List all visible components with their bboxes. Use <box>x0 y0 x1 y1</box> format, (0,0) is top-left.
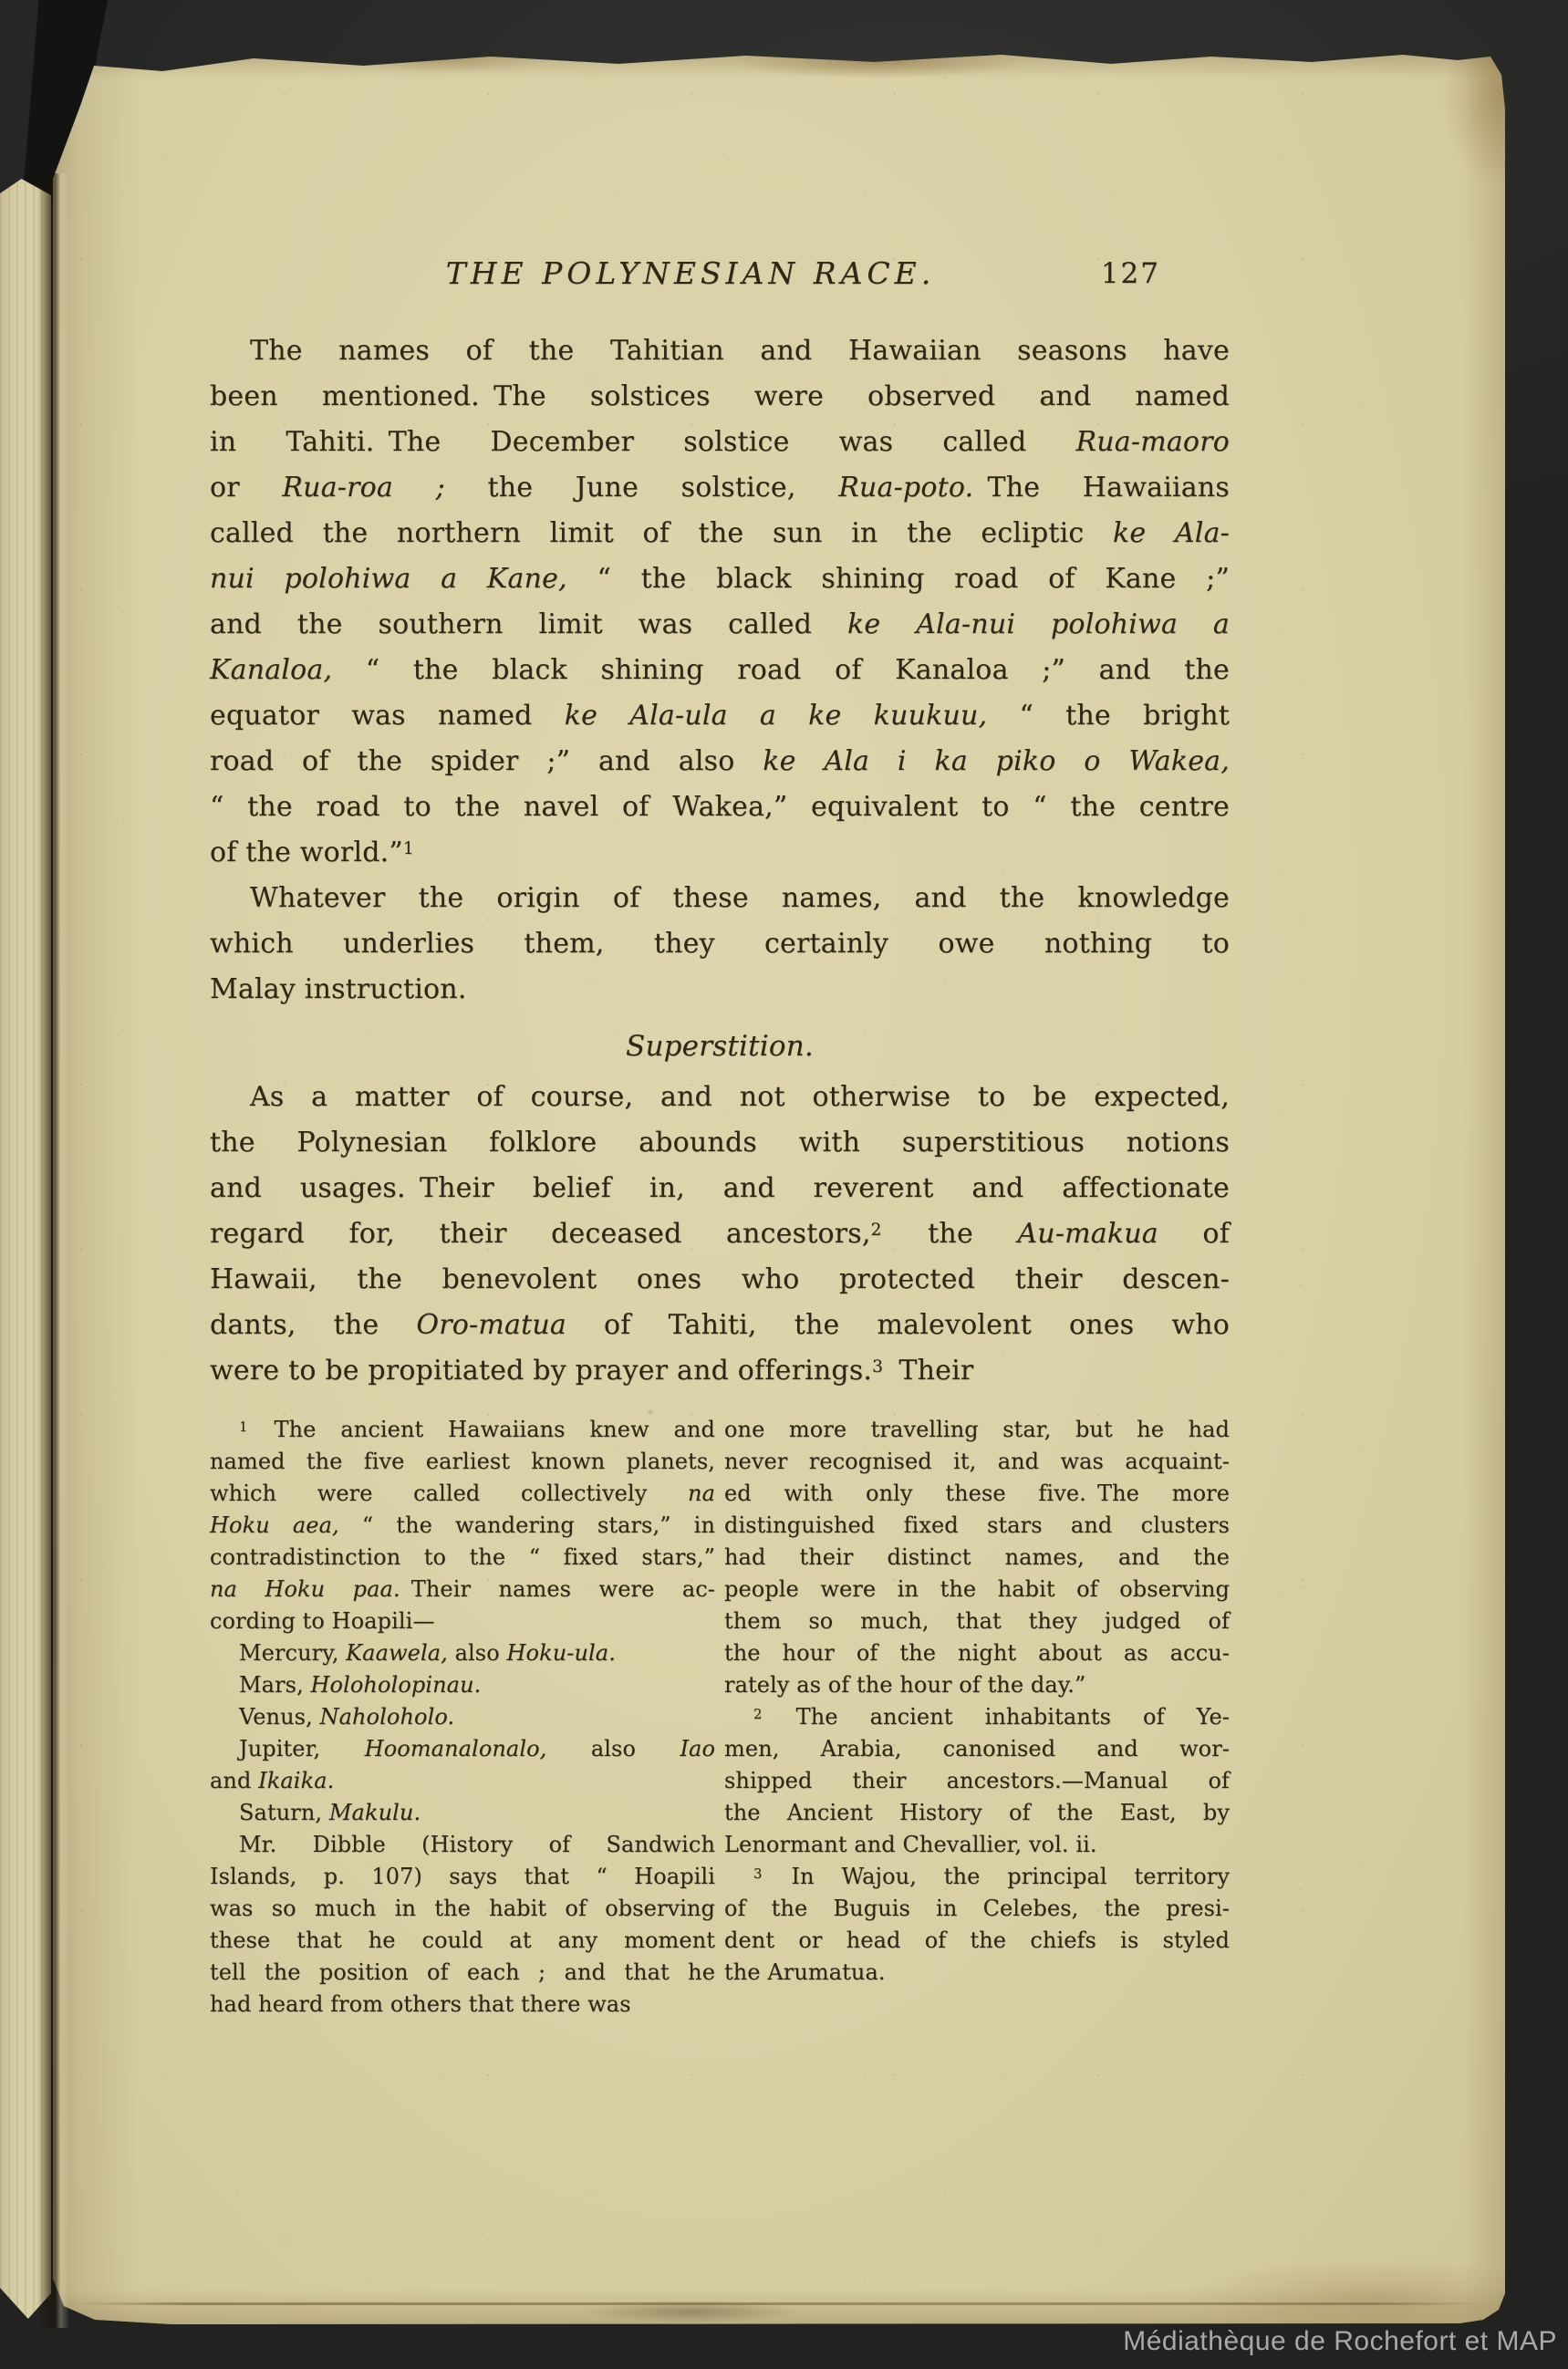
text-line: road of the spider ;” and also ke Ala i … <box>210 739 1230 784</box>
italic-run: Kaawela, <box>346 1640 448 1666</box>
text-line: 3 In Wajou, the principal territory <box>724 1861 1230 1893</box>
text-line: called the northern limit of the sun in … <box>210 511 1230 556</box>
text-line: were to be propitiated by prayer and off… <box>210 1348 1230 1394</box>
text-line: Saturn, Makulu. <box>210 1797 715 1829</box>
text-line: shipped their ancestors.—Manual of <box>724 1765 1230 1797</box>
text-line: named the five earliest known planets, <box>210 1446 715 1478</box>
paragraph: Mars, Holoholopinau. <box>210 1669 715 1701</box>
text-line: one more travelling star, but he had <box>724 1414 1230 1446</box>
page-title: THE POLYNESIAN RACE. <box>181 254 1200 294</box>
text-line: never recognised it, and was acquaint- <box>724 1446 1230 1478</box>
text-line: people were in the habit of observing <box>724 1574 1230 1605</box>
text-line: had their distinct names, and the <box>724 1542 1230 1574</box>
text-line: the Polynesian folklore abounds with sup… <box>210 1120 1230 1166</box>
italic-run: Hoku-ula. <box>506 1640 615 1666</box>
text-line: contradistinction to the “ fixed stars,” <box>210 1542 715 1574</box>
page-stack-edge <box>0 179 51 2324</box>
text-line: and Ikaika. <box>210 1765 715 1797</box>
section-heading: Superstition. <box>210 1023 1230 1069</box>
page-content: THE POLYNESIAN RACE. 127 The names of th… <box>210 254 1230 2021</box>
text-line: Hoku aea, “ the wandering stars,” in <box>210 1510 715 1542</box>
italic-run: ke Ala- <box>1113 517 1230 549</box>
text-line: Malay instruction. <box>210 967 1230 1013</box>
italic-run: Holoholopinau. <box>311 1672 482 1698</box>
text-line: ed with only these five. The more <box>724 1478 1230 1510</box>
italic-run: Rua-maoro <box>1075 426 1230 458</box>
paragraph: Jupiter, Hoomanalonalo, also Iaoand Ikai… <box>210 1733 715 1797</box>
paragraph: Mercury, Kaawela, also Hoku-ula. <box>210 1637 715 1669</box>
text-line: cording to Hoapili— <box>210 1605 715 1637</box>
text-line: and usages. Their belief in, and reveren… <box>210 1166 1230 1211</box>
text-line: The names of the Tahitian and Hawaiian s… <box>210 328 1230 374</box>
text-line: Mr. Dibble (History of Sandwich <box>210 1829 715 1861</box>
text-line: men, Arabia, canonised and wor- <box>724 1733 1230 1765</box>
text-line: which were called collectively na <box>210 1478 715 1510</box>
text-line: Kanaloa, “ the black shining road of Kan… <box>210 648 1230 693</box>
text-line: the hour of the night about as accu- <box>724 1637 1230 1669</box>
scan-photo: THE POLYNESIAN RACE. 127 The names of th… <box>0 0 1568 2369</box>
footnote-marker: 3 <box>753 1865 763 1882</box>
text-line: the Ancient History of the East, by <box>724 1797 1230 1829</box>
italic-run: na Hoku paa. <box>210 1576 400 1602</box>
footnote-marker: 2 <box>753 1706 763 1722</box>
paragraph: 2 The ancient inhabitants of Ye-men, Ara… <box>724 1701 1230 1861</box>
paragraph-seasons: The names of the Tahitian and Hawaiian s… <box>210 328 1230 876</box>
library-watermark: Médiathèque de Rochefort et MAP <box>1123 2326 1557 2357</box>
text-line: As a matter of course, and not otherwise… <box>210 1075 1230 1120</box>
text-line: was so much in the habit of observing <box>210 1893 715 1925</box>
italic-run: na <box>688 1481 715 1506</box>
text-line: dants, the Oro-matua of Tahiti, the male… <box>210 1303 1230 1348</box>
text-line: them so much, that they judged of <box>724 1605 1230 1637</box>
paragraph: one more travelling star, but he hadneve… <box>724 1414 1230 1701</box>
text-line: “ the road to the navel of Wakea,” equiv… <box>210 784 1230 830</box>
italic-run: Ikaika. <box>258 1768 334 1793</box>
page-bottom-edge-line <box>75 2302 1483 2305</box>
paragraph: Venus, Naholoholo. <box>210 1701 715 1733</box>
footnote-marker: 3 <box>872 1357 883 1377</box>
italic-run: Rua-roa ; <box>282 472 445 504</box>
paragraph-origin: Whatever the origin of these names, and … <box>210 876 1230 1013</box>
text-line: Jupiter, Hoomanalonalo, also Iao <box>210 1733 715 1765</box>
running-header: THE POLYNESIAN RACE. 127 <box>210 254 1230 294</box>
text-line: of the world.”1 <box>210 830 1230 876</box>
text-line: Hawaii, the benevolent ones who protecte… <box>210 1257 1230 1303</box>
italic-run: Au-makua <box>1017 1218 1158 1250</box>
footnote-marker: 1 <box>403 839 414 858</box>
italic-run: ke Ala-ula a ke kuukuu, <box>565 700 988 732</box>
text-line: regard for, their deceased ancestors,2 t… <box>210 1211 1230 1257</box>
text-line: and the southern limit was called ke Ala… <box>210 602 1230 648</box>
text-line: had heard from others that there was <box>210 1989 715 2021</box>
paragraph: 1 The ancient Hawaiians knew andnamed th… <box>210 1414 715 1637</box>
text-line: of the Buguis in Celebes, the presi- <box>724 1893 1230 1925</box>
text-line: 2 The ancient inhabitants of Ye- <box>724 1701 1230 1733</box>
text-line: Mars, Holoholopinau. <box>210 1669 715 1701</box>
text-line: nui polohiwa a Kane, “ the black shining… <box>210 556 1230 602</box>
text-line: Lenormant and Chevallier, vol. ii. <box>724 1829 1230 1861</box>
italic-run: ke Ala-nui polohiwa a <box>847 608 1230 640</box>
text-line: tell the position of each ; and that he <box>210 1957 715 1989</box>
text-line: the Arumatua. <box>724 1957 1230 1989</box>
text-line: Whatever the origin of these names, and … <box>210 876 1230 921</box>
footnote-marker: 1 <box>239 1418 248 1435</box>
italic-run: Kanaloa, <box>210 654 332 686</box>
footnote-column-right: one more travelling star, but he hadneve… <box>724 1414 1230 2021</box>
paragraph: Mr. Dibble (History of SandwichIslands, … <box>210 1829 715 2021</box>
italic-run: Hoku aea, <box>210 1512 339 1538</box>
text-line: Mercury, Kaawela, also Hoku-ula. <box>210 1637 715 1669</box>
paragraph: 3 In Wajou, the principal territoryof th… <box>724 1861 1230 1989</box>
italic-run: ke Ala i ka piko o Wakea, <box>763 745 1230 777</box>
italic-run: Iao <box>680 1736 715 1761</box>
text-line: dent or head of the chiefs is styled <box>724 1925 1230 1957</box>
italic-run: Makulu. <box>329 1800 421 1825</box>
text-line: Islands, p. 107) says that “ Hoapili <box>210 1861 715 1893</box>
text-line: or Rua-roa ; the June solstice, Rua-poto… <box>210 465 1230 511</box>
text-line: distinguished fixed stars and clusters <box>724 1510 1230 1542</box>
text-line: in Tahiti. The December solstice was cal… <box>210 420 1230 465</box>
text-line: na Hoku paa. Their names were ac- <box>210 1574 715 1605</box>
book-page: THE POLYNESIAN RACE. 127 The names of th… <box>53 51 1505 2324</box>
text-line: rately as of the hour of the day.” <box>724 1669 1230 1701</box>
paragraph: Saturn, Makulu. <box>210 1797 715 1829</box>
paragraph-superstition: As a matter of course, and not otherwise… <box>210 1075 1230 1394</box>
italic-run: Naholoholo. <box>320 1704 455 1730</box>
text-line: 1 The ancient Hawaiians knew and <box>210 1414 715 1446</box>
italic-run: Oro-matua <box>416 1309 566 1341</box>
footnote-column-left: 1 The ancient Hawaiians knew andnamed th… <box>210 1414 715 2021</box>
text-line: been mentioned. The solstices were obser… <box>210 374 1230 420</box>
text-line: which underlies them, they certainly owe… <box>210 921 1230 967</box>
text-line: equator was named ke Ala-ula a ke kuukuu… <box>210 693 1230 739</box>
page-number: 127 <box>1101 254 1160 294</box>
text-line: these that he could at any moment <box>210 1925 715 1957</box>
italic-run: Hoomanalonalo, <box>365 1736 547 1761</box>
text-line: Venus, Naholoholo. <box>210 1701 715 1733</box>
footnote-marker: 2 <box>871 1221 882 1240</box>
italic-run: Rua-poto. <box>838 472 973 504</box>
italic-run: nui polohiwa a Kane, <box>210 563 567 595</box>
footnotes: 1 The ancient Hawaiians knew andnamed th… <box>210 1414 1230 2021</box>
